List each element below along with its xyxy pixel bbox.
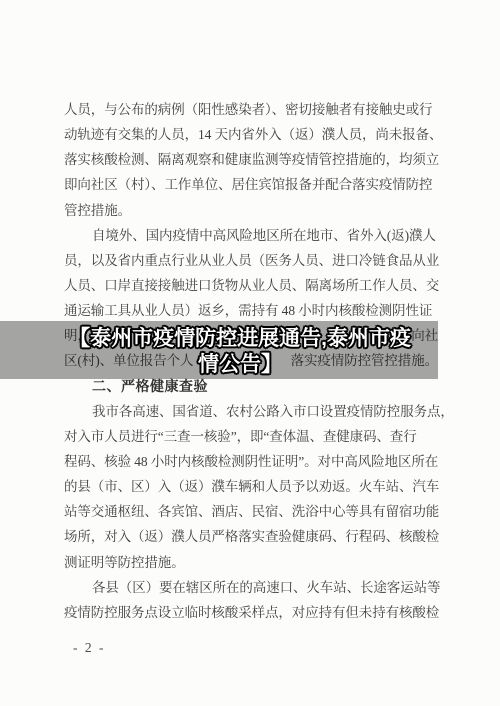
scanned-document-page: 人员，与公布的病例（阳性感染者）、密切接触者有接触史或行动轨迹有交集的人员，14… <box>0 0 500 706</box>
document-line: 的县（市、区）入（返）濮车辆和人员予以劝返。火车站、汽车 <box>64 474 438 499</box>
overlay-title: 【泰州市疫情防控进展通告,泰州市疫 情公告】 <box>0 326 480 378</box>
document-line: 动轨迹有交集的人员，14 天内省外入（返）濮人员，尚未报备、 <box>64 122 438 147</box>
document-line: 测证明等防控措施。 <box>64 550 438 575</box>
page-number: - 2 - <box>73 635 106 660</box>
document-line: 自境外、国内疫情中高风险地区所在地市、省外入(返)濮人 <box>64 223 438 248</box>
document-line: 员，以及省内重点行业从业人员（医务人员、进口冷链食品从业 <box>64 248 438 273</box>
document-line: 通运输工具从业人员）返乡，需持有 48 小时内核酸检测阴性证 <box>64 298 438 323</box>
document-line: 人员，与公布的病例（阳性感染者）、密切接触者有接触史或行 <box>64 97 438 122</box>
document-line: 程码、核验 48 小时内核酸检测阴性证明”。对中高风险地区所在 <box>64 449 438 474</box>
document-line: 站等交通枢纽、各宾馆、酒店、民宿、洗浴中心等具有留宿功能 <box>64 499 438 524</box>
document-line: 场所，对入（返）濮人员严格落实查验健康码、行程码、核酸检 <box>64 524 438 549</box>
document-line: 即向社区（村）、工作单位、居住宾馆报备并配合落实疫情防控 <box>64 172 438 197</box>
overlay-title-line-1: 【泰州市疫情防控进展通告,泰州市疫 <box>0 326 480 352</box>
document-line: 落实核酸检测、隔离观察和健康监测等疫情管控措施的，均须立 <box>64 147 438 172</box>
document-line: 人员、口岸直接接触进口货物从业人员、隔离场所工作人员、交 <box>64 273 438 298</box>
document-line: 我市各高速、国省道、农村公路入市口设置疫情防控服务点， <box>64 399 438 424</box>
document-line: 各县（区）要在辖区所在的高速口、火车站、长途客运站等 <box>64 575 438 600</box>
overlay-title-line-2: 情公告】 <box>0 352 480 378</box>
document-line: 对入市人员进行“三查一核验”，即“查体温、查健康码、查行 <box>64 424 438 449</box>
document-line: 管控措施。 <box>64 198 438 223</box>
document-line: 疫情防控服务点设立临时核酸采样点，对应持有但未持有核酸检 <box>64 600 438 625</box>
